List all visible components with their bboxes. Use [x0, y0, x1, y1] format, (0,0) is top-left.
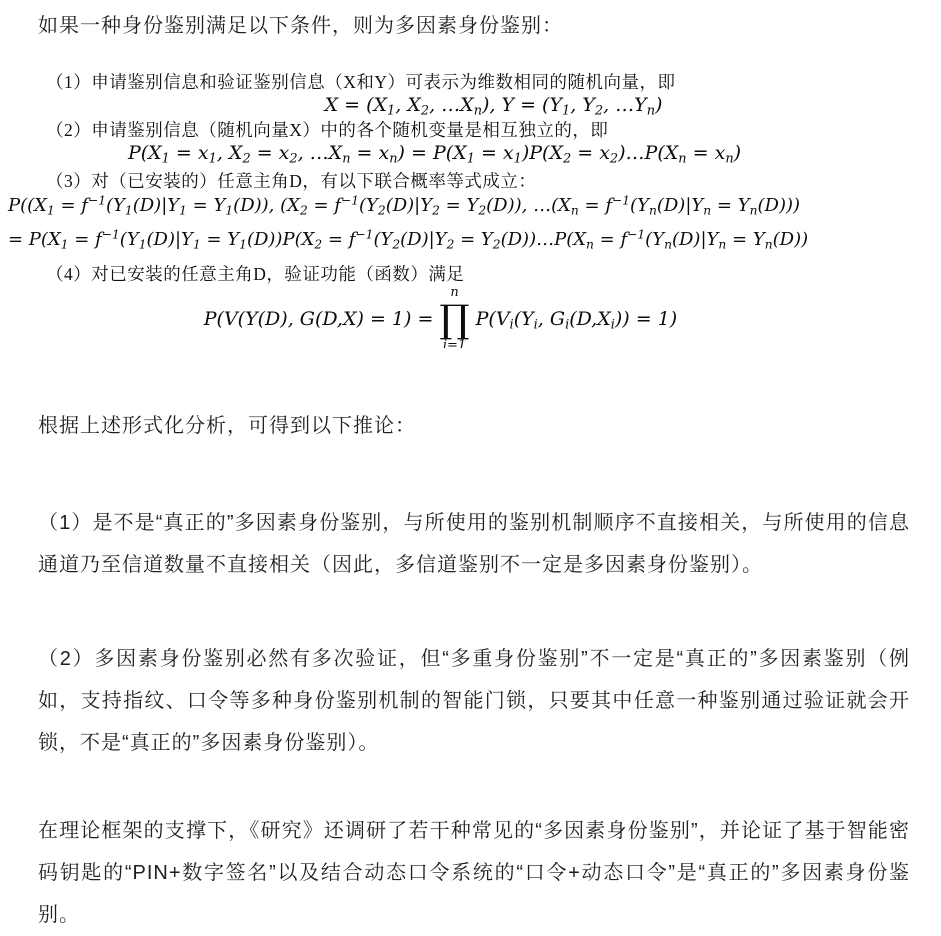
product-formula-lhs: P(V(Y(D), G(D,X) = 1) = — [204, 286, 434, 332]
condition-item-3: （3）对（已安装的）任意主角D，有以下联合概率等式成立： — [46, 169, 536, 193]
conclusion-paragraph-1: （1）是不是“真正的”多因素身份鉴别，与所使用的鉴别机制顺序不直接相关，与所使用… — [38, 502, 910, 586]
conclusion-paragraph-2: （2）多因素身份鉴别必然有多次验证，但“多重身份鉴别”不一定是“真正的”多因素鉴… — [38, 638, 910, 764]
product-operator: n ∏ i=1 — [439, 286, 469, 348]
inference-heading: 根据上述形式化分析，可得到以下推论： — [38, 414, 416, 438]
formula-independence: P(X1 = x1, X2 = x2, …Xn = xn) = P(X1 = x… — [0, 142, 941, 164]
formula-joint-probability-line2: = P(X1 = f−1(Y1(D)|Y1 = Y1(D))P(X2 = f−1… — [8, 229, 808, 250]
closing-paragraph: 在理论框架的支撑下，《研究》还调研了若干种常见的“多因素身份鉴别”，并论证了基于… — [38, 810, 910, 936]
product-lower-limit: i=1 — [443, 339, 466, 348]
formula-verification-product: P(V(Y(D), G(D,X) = 1) = n ∏ i=1 P(Vi(Yi,… — [0, 286, 941, 348]
product-formula-rhs: P(Vi(Yi, Gi(D,Xi)) = 1) — [476, 286, 678, 332]
document-page: 如果一种身份鉴别满足以下条件，则为多因素身份鉴别： （1）申请鉴别信息和验证鉴别… — [0, 0, 941, 936]
condition-item-1: （1）申请鉴别信息和验证鉴别信息（X和Y）可表示为维数相同的随机向量，即 — [46, 70, 676, 94]
condition-item-2: （2）申请鉴别信息（随机向量X）中的各个随机变量是相互独立的，即 — [46, 118, 608, 142]
formula-joint-probability-line1: P((X1 = f−1(Y1(D)|Y1 = Y1(D)), (X2 = f−1… — [8, 195, 800, 216]
condition-item-4: （4）对已安装的任意主角D，验证功能（函数）满足 — [46, 262, 464, 286]
intro-text: 如果一种身份鉴别满足以下条件，则为多因素身份鉴别： — [38, 14, 563, 38]
product-symbol-icon: ∏ — [439, 299, 469, 339]
formula-random-vectors: X = (X1, X2, …Xn), Y = (Y1, Y2, …Yn) — [0, 94, 941, 116]
